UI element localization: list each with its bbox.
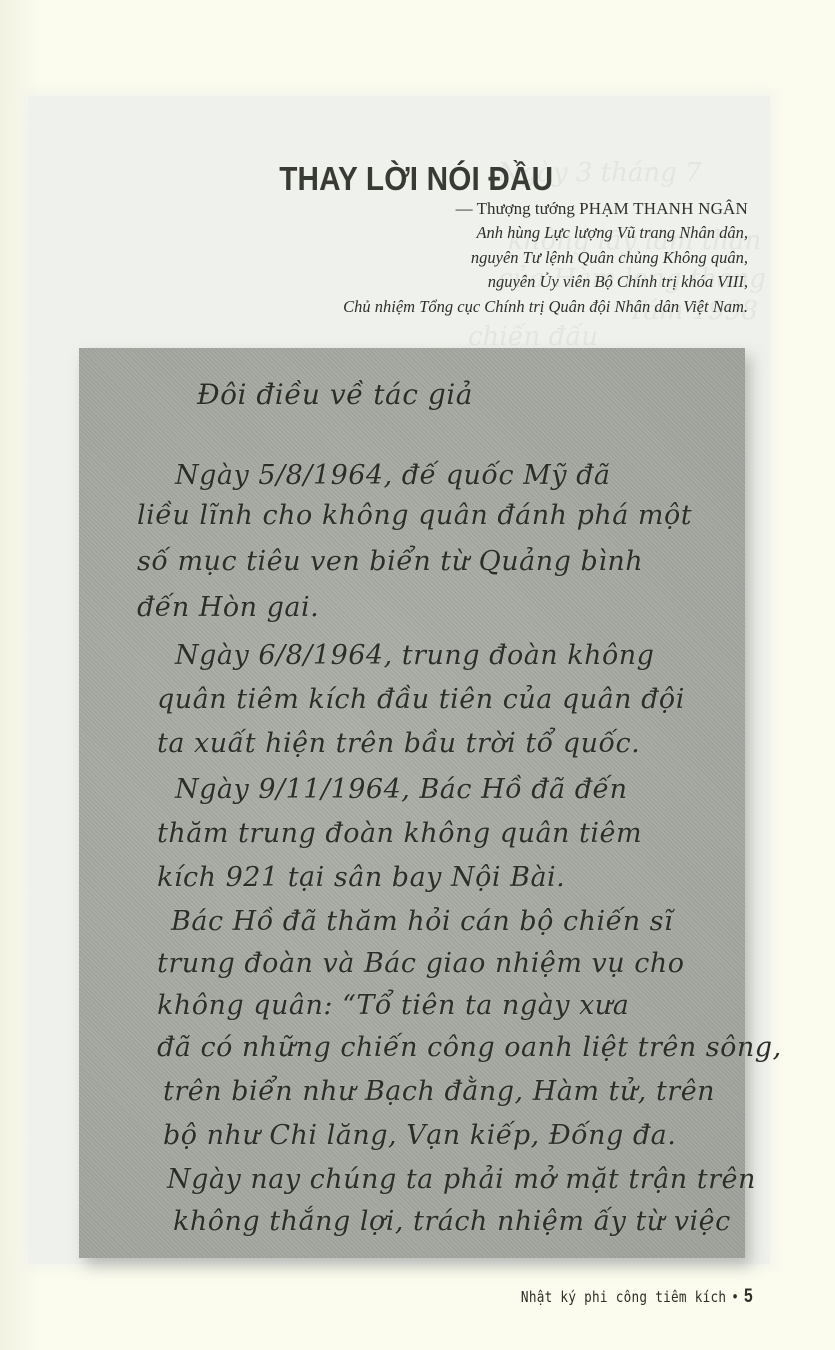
- handwritten-letter-image: Đôi điều về tác giả Ngày 5/8/1964, đế qu…: [79, 348, 745, 1258]
- letter-line: đã có những chiến công oanh liệt trên sô…: [157, 1032, 782, 1063]
- letter-line: ta xuất hiện trên bầu trời tổ quốc.: [157, 728, 640, 759]
- page-title: THAY LỜI NÓI ĐẦU: [41, 160, 793, 198]
- letter-line: không quân: “Tổ tiên ta ngày xưa: [157, 990, 629, 1021]
- letter-line: Ngày 9/11/1964, Bác Hồ đã đến: [175, 774, 628, 805]
- letter-heading: Đôi điều về tác giả: [197, 378, 473, 411]
- author-role: nguyên Ủy viên Bộ Chính trị khóa VIII,: [343, 270, 748, 295]
- author-name: PHẠM THANH NGÂN: [579, 199, 748, 218]
- letter-line: trên biển như Bạch đằng, Hàm tử, trên: [163, 1076, 715, 1107]
- letter-line: kích 921 tại sân bay Nội Bài.: [157, 862, 565, 893]
- letter-line: không thắng lợi, trách nhiệm ấy từ việc: [173, 1206, 731, 1237]
- em-dash: —: [456, 199, 477, 218]
- author-role: nguyên Tư lệnh Quân chủng Không quân,: [343, 246, 748, 271]
- letter-line: số mục tiêu ven biển từ Quảng bình: [137, 546, 643, 577]
- letter-line: liều lĩnh cho không quân đánh phá một: [137, 500, 692, 531]
- letter-line: đến Hòn gai.: [137, 592, 319, 623]
- letter-line: Ngày 6/8/1964, trung đoàn không: [175, 640, 654, 671]
- author-role: Anh hùng Lực lượng Vũ trang Nhân dân,: [343, 221, 748, 246]
- author-byline: — Thượng tướng PHẠM THANH NGÂN Anh hùng …: [343, 197, 748, 319]
- letter-line: Ngày nay chúng ta phải mở mặt trận trên: [167, 1164, 756, 1195]
- book-title: Nhật ký phi công tiêm kích: [521, 1288, 726, 1306]
- letter-line: quân tiêm kích đầu tiên của quân đội: [157, 684, 685, 715]
- letter-line: trung đoàn và Bác giao nhiệm vụ cho: [157, 948, 685, 979]
- running-footer: Nhật ký phi công tiêm kích•5: [521, 1286, 753, 1308]
- author-rank: Thượng tướng: [477, 199, 580, 218]
- letter-line: bộ như Chi lăng, Vạn kiếp, Đống đa.: [163, 1120, 676, 1151]
- author-line: — Thượng tướng PHẠM THANH NGÂN: [343, 197, 748, 221]
- letter-line: thăm trung đoàn không quân tiêm: [157, 818, 642, 849]
- letter-line: Bác Hồ đã thăm hỏi cán bộ chiến sĩ: [171, 906, 673, 937]
- author-role: Chủ nhiệm Tổng cục Chính trị Quân đội Nh…: [343, 295, 748, 320]
- bullet-separator: •: [731, 1288, 739, 1306]
- letter-line: Ngày 5/8/1964, đế quốc Mỹ đã: [175, 460, 611, 491]
- page-number: 5: [744, 1286, 753, 1307]
